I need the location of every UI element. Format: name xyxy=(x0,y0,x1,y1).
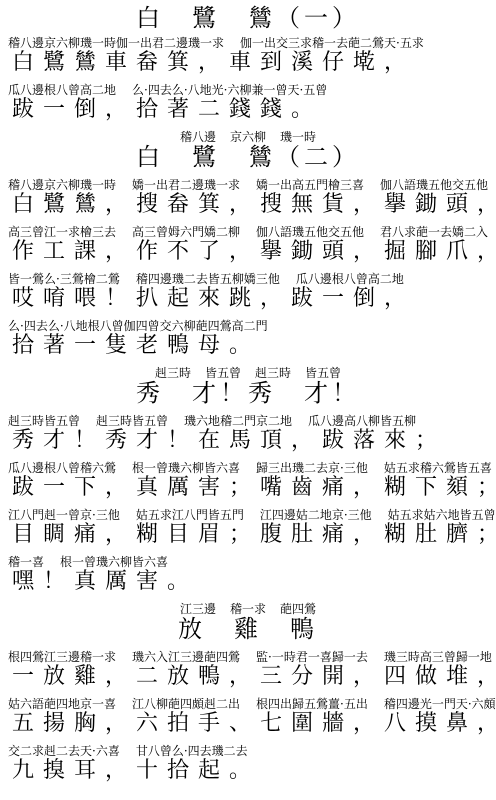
song-title-row: 稽八邊京六柳璣一時 白 鷺 鷥（二） xyxy=(0,131,496,171)
song-title: 白 鷺 鷥（一） xyxy=(0,5,496,32)
ruby-annotation-group: 根四出歸五鶯薑·五出 xyxy=(256,698,368,711)
verse-row: 姑六語葩四地京一喜江八柳葩四頗赳二出根四出歸五鶯薑·五出稽四邊光一門天·六頗 五… xyxy=(0,698,496,736)
verse-row: 瓜八邊根八曾高二地么·四去么·八地光·六柳兼一曾天·五曾 跋一倒，拾著二錢錢。 xyxy=(0,84,496,122)
verse-annotation-line: 交二求赳二去天·六喜甘八曾么·四去璣二去 xyxy=(0,745,496,758)
ruby-annotation-group: 伽一出交三求稽一去葩二鶯天·五求 xyxy=(240,37,424,50)
ruby-annotation-group: 伽八語璣五他交五他 xyxy=(380,179,488,192)
ruby-annotation-group: 姑五求江八門皆五門 xyxy=(136,509,244,522)
ruby-annotation-group: 交二求赳二去天·六喜 xyxy=(8,745,120,758)
verse-annotation-line: 高三曾江一求檜三去高三曾姆六門嬌二柳伽八語璣五他交五他君八求葩一去嬌二入 xyxy=(0,226,496,239)
ruby-annotation-group: 璣六入江三邊葩四鶯 xyxy=(132,651,240,664)
song-title-row: 江三邊稽一求葩四鶯 放 雞 鴨 xyxy=(0,603,496,643)
ruby-annotation-group: 根一曾璣六柳皆六喜 xyxy=(60,556,168,569)
ruby-annotation-group: 瓜八邊根八曾高二地 xyxy=(8,84,116,97)
ruby-annotation-group: 姑五求姑六地皆五曾 xyxy=(388,509,496,522)
ruby-annotation-group: 稽四邊光一門天·六頗 xyxy=(384,698,496,711)
verse-annotation-line: 么·四去么·八地根八曾伽四曾交六柳葩四鶯高二門 xyxy=(0,320,496,333)
ruby-annotation-group: 么·四去么·八地光·六柳兼一曾天·五曾 xyxy=(132,84,327,97)
ruby-annotation-group: 根一曾璣六柳皆六喜 xyxy=(132,462,240,475)
verse-line-text: 跋一倒，拾著二錢錢。 xyxy=(0,97,496,122)
verse-row: 高三曾江一求檜三去高三曾姆六門嬌二柳伽八語璣五他交五他君八求葩一去嬌二入 作工課… xyxy=(0,226,496,264)
document-body: 白 鷺 鷥（一） 稽八邊京六柳璣一時伽一出君二邊璣一求伽一出交三求稽一去葩二鶯天… xyxy=(0,0,496,783)
verse-line-text: 哎唷喂！扒起來跳，跋一倒， xyxy=(0,286,496,311)
song-title: 放 雞 鴨 xyxy=(0,616,496,643)
verse-annotation-line: 姑六語葩四地京一喜江八柳葩四頗赳二出根四出歸五鶯薑·五出稽四邊光一門天·六頗 xyxy=(0,698,496,711)
verse-line-text: 白鷺鷥，搜畚箕，搜無貨，擧鋤頭， xyxy=(0,192,496,217)
ruby-annotation-group: 璣三時高三曾歸一地 xyxy=(384,651,492,664)
ruby-annotation-group: 皆一鶯么·三鶯檜二鶯 xyxy=(8,273,120,286)
ruby-annotation-group: 么·四去么·八地根八曾伽四曾交六柳葩四鶯高二門 xyxy=(8,320,268,333)
document-page: 白 鷺 鷥（一） 稽八邊京六柳璣一時伽一出君二邊璣一求伽一出交三求稽一去葩二鶯天… xyxy=(0,0,496,800)
ruby-annotation-group: 稽八邊京六柳璣一時伽一出君二邊璣一求 xyxy=(8,37,224,50)
ruby-annotation-group: 赳三時皆五曾 xyxy=(96,415,168,428)
verse-annotation-line: 稽一喜根一曾璣六柳皆六喜 xyxy=(0,556,496,569)
ruby-annotation-group: 稽八邊京六柳璣一時 xyxy=(8,179,116,192)
verse-line-text: 嘿！真厲害。 xyxy=(0,569,496,594)
ruby-annotation-group: 姑六語葩四地京一喜 xyxy=(8,698,116,711)
ruby-annotation-group: 甘八曾么·四去璣二去 xyxy=(136,745,248,758)
verse-line-text: 一放雞，二放鴨，三分開，四做堆， xyxy=(0,664,496,689)
ruby-annotation-group: 根四鶯江三邊稽一求 xyxy=(8,651,116,664)
ruby-annotation-group: 稽四邊璣二去皆五柳嬌三他 xyxy=(136,273,280,286)
verse-line-text: 跋一下，真厲害；嘴齒痛，糊下頦； xyxy=(0,475,496,500)
verse-annotation-line: 根四鶯江三邊稽一求璣六入江三邊葩四鶯監·一時君一喜歸一去璣三時高三曾歸一地 xyxy=(0,651,496,664)
verse-row: 稽八邊京六柳璣一時伽一出君二邊璣一求伽一出交三求稽一去葩二鶯天·五求 白鷺鷥車畚… xyxy=(0,37,496,75)
verse-row: 稽八邊京六柳璣一時嬌一出君二邊璣一求嬌一出高五門檜三喜伽八語璣五他交五他 白鷺鷥… xyxy=(0,179,496,217)
verse-annotation-line: 瓜八邊根八曾稽六鶯根一曾璣六柳皆六喜歸三出璣二去京·三他姑五求稽六鶯皆五喜 xyxy=(0,462,496,475)
ruby-annotation-group: 赳三時皆五曾 xyxy=(8,415,80,428)
verse-row: 瓜八邊根八曾稽六鶯根一曾璣六柳皆六喜歸三出璣二去京·三他姑五求稽六鶯皆五喜 跋一… xyxy=(0,462,496,500)
verse-row: 皆一鶯么·三鶯檜二鶯稽四邊璣二去皆五柳嬌三他瓜八邊根八曾高二地 哎唷喂！扒起來跳… xyxy=(0,273,496,311)
ruby-annotation-group: 瓜八邊根八曾高二地 xyxy=(296,273,404,286)
song-title: 白 鷺 鷥（二） xyxy=(0,144,496,171)
ruby-annotation-group: 姑五求稽六鶯皆五喜 xyxy=(384,462,492,475)
ruby-annotation-group: 瓜八邊高八柳皆五柳 xyxy=(308,415,416,428)
song-title-row: 赳三時皆五曾赳三時皆五曾 秀 才！秀 才！ xyxy=(0,367,496,407)
verse-annotation-line: 皆一鶯么·三鶯檜二鶯稽四邊璣二去皆五柳嬌三他瓜八邊根八曾高二地 xyxy=(0,273,496,286)
verse-row: 交二求赳二去天·六喜甘八曾么·四去璣二去 九搝耳，十拾起。 xyxy=(0,745,496,783)
verse-annotation-line: 瓜八邊根八曾高二地么·四去么·八地光·六柳兼一曾天·五曾 xyxy=(0,84,496,97)
song-title-row: 白 鷺 鷥（一） xyxy=(0,5,496,32)
verse-row: 稽一喜根一曾璣六柳皆六喜 嘿！真厲害。 xyxy=(0,556,496,594)
verse-line-text: 目睭痛，糊目眉；腹肚痛，糊肚臍； xyxy=(0,522,496,547)
ruby-annotation-group: 江八柳葩四頗赳二出 xyxy=(132,698,240,711)
song-title: 秀 才！秀 才！ xyxy=(0,380,496,407)
ruby-annotation-group: 高三曾姆六門嬌二柳 xyxy=(132,226,240,239)
ruby-annotation-group: 瓜八邊根八曾稽六鶯 xyxy=(8,462,116,475)
verse-line-text: 五揚胸，六拍手、七圍牆，八摸鼻， xyxy=(0,711,496,736)
ruby-annotation-group: 江四邊姑二地京·三他 xyxy=(260,509,372,522)
verse-annotation-line: 江八門赳一曾京·三他姑五求江八門皆五門江四邊姑二地京·三他姑五求姑六地皆五曾 xyxy=(0,509,496,522)
ruby-annotation-group: 高三曾江一求檜三去 xyxy=(8,226,116,239)
verse-annotation-line: 稽八邊京六柳璣一時伽一出君二邊璣一求伽一出交三求稽一去葩二鶯天·五求 xyxy=(0,37,496,50)
verse-line-text: 拾著一隻老鴨母。 xyxy=(0,333,496,358)
ruby-annotation-group: 嬌一出高五門檜三喜 xyxy=(256,179,364,192)
verse-line-text: 作工課，作不了，擧鋤頭，掘腳爪， xyxy=(0,239,496,264)
verse-row: 根四鶯江三邊稽一求璣六入江三邊葩四鶯監·一時君一喜歸一去璣三時高三曾歸一地 一放… xyxy=(0,651,496,689)
verse-row: 么·四去么·八地根八曾伽四曾交六柳葩四鶯高二門 拾著一隻老鴨母。 xyxy=(0,320,496,358)
ruby-annotation-group: 歸三出璣二去京·三他 xyxy=(256,462,368,475)
verse-row: 江八門赳一曾京·三他姑五求江八門皆五門江四邊姑二地京·三他姑五求姑六地皆五曾 目… xyxy=(0,509,496,547)
verse-line-text: 九搝耳，十拾起。 xyxy=(0,758,496,783)
verse-annotation-line: 稽八邊京六柳璣一時嬌一出君二邊璣一求嬌一出高五門檜三喜伽八語璣五他交五他 xyxy=(0,179,496,192)
ruby-annotation-group: 璣六地稽二門京二地 xyxy=(184,415,292,428)
ruby-annotation-group: 稽一喜 xyxy=(8,556,44,569)
ruby-annotation-group: 君八求葩一去嬌二入 xyxy=(380,226,488,239)
ruby-annotation-group: 嬌一出君二邊璣一求 xyxy=(132,179,240,192)
verse-annotation-line: 赳三時皆五曾赳三時皆五曾璣六地稽二門京二地瓜八邊高八柳皆五柳 xyxy=(0,415,496,428)
verse-line-text: 秀才！秀才！在馬頂，跋落來； xyxy=(0,428,496,453)
verse-row: 赳三時皆五曾赳三時皆五曾璣六地稽二門京二地瓜八邊高八柳皆五柳 秀才！秀才！在馬頂… xyxy=(0,415,496,453)
ruby-annotation-group: 監·一時君一喜歸一去 xyxy=(256,651,368,664)
ruby-annotation-group: 伽八語璣五他交五他 xyxy=(256,226,364,239)
verse-line-text: 白鷺鷥車畚箕，車到溪仔墘， xyxy=(0,50,496,75)
ruby-annotation-group: 江八門赳一曾京·三他 xyxy=(8,509,120,522)
